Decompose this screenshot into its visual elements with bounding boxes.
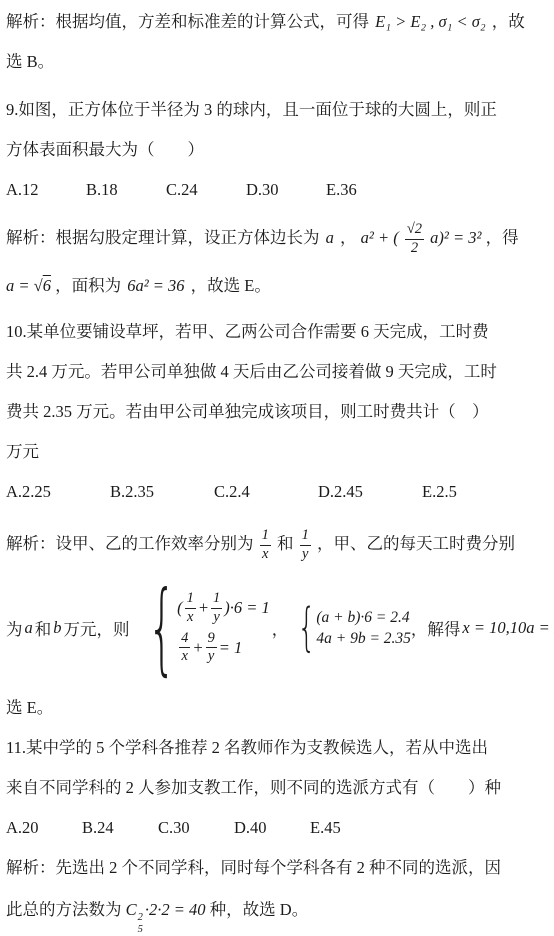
comma: ， — [270, 616, 291, 640]
q8-solution-line-1: 解析：根据均值，方差和标准差的计算公式，可得 E₁ > E₂ , σ₁ < σ₂… — [6, 2, 548, 42]
q10-solution-line-2: 为 a 和 b 万元，则 { ( 1 x + 1 y )·6 = 1 — [6, 572, 548, 684]
q11-options-row: A.20 B.24 C.30 D.40 E.45 — [6, 808, 548, 848]
fraction-denominator: y — [300, 546, 310, 563]
q11-stem-line-1: 11.某中学的 5 个学科各推荐 2 名教师作为支教候选人，若从中选出 — [6, 728, 548, 768]
system-equation-1: (a + b)·6 = 2.4 — [316, 608, 411, 627]
option: B.24 — [82, 808, 158, 848]
equation-left: a² + ( — [361, 228, 399, 247]
fraction-1-over-x: 1 x — [260, 527, 271, 563]
and-text: 和 — [277, 534, 294, 553]
left-brace: { — [298, 602, 316, 654]
q11-solution-line-2: 此总的方法数为 C25·2·2 = 40 种，故选 D。 — [6, 888, 548, 935]
system-equation-2: 4a + 9b = 2.35 — [316, 629, 411, 648]
fraction-numerator: 1 — [260, 527, 271, 545]
option: B.18 — [86, 170, 166, 210]
q9-solution-line-2: a = √6 ，面积为 6a² = 36 ，故选 E。 — [6, 266, 548, 306]
q10-stem-line-4: 万元 — [6, 432, 548, 472]
option: D.40 — [234, 808, 310, 848]
option: A.2.25 — [6, 472, 110, 512]
q9-solution-text-mid: ，面积为 — [55, 276, 121, 295]
option: C.2.4 — [214, 472, 318, 512]
q11-stem-line-2: 来自不同学科的 2 人参加支教工作，则不同的选派方式有（ ）种 — [6, 768, 548, 808]
q11-solution-line-1: 解析：先选出 2 个不同学科，同时每个学科各有 2 种不同的选派，因 — [6, 848, 548, 888]
left-brace: { — [147, 578, 176, 678]
option: E.2.5 — [422, 472, 457, 512]
option: C.30 — [158, 808, 234, 848]
q8-solution-line-2: 选 B。 — [6, 42, 548, 82]
fraction-denominator: x — [260, 546, 270, 563]
q9-stem-line-2: 方体表面积最大为（ ） — [6, 130, 548, 170]
area-equation: 6a² = 36 — [125, 276, 186, 295]
combination-symbol: C — [126, 900, 137, 919]
option: D.30 — [246, 170, 326, 210]
combination-product: ·2·2 = 40 — [145, 900, 206, 919]
and-text: 和 — [35, 616, 52, 640]
solution-result: x = 10,10a = 2.5 — [460, 618, 554, 638]
q10-options-row: A.2.25 B.2.35 C.2.4 D.2.45 E.2.5 — [6, 472, 548, 512]
variable-b: b — [51, 618, 63, 638]
q10-stem-line-3: 费共 2.35 万元。若由甲公司单独完成该项目，则工时费共计（ ） — [6, 392, 548, 432]
option: A.20 — [6, 808, 82, 848]
variable-a: a — [324, 228, 336, 247]
fraction-sqrt2-over-2: √2 2 — [405, 221, 424, 257]
option: D.2.45 — [318, 472, 422, 512]
q9-stem-line-1: 9.如图，正方体位于半径为 3 的球内，且一面位于球的大圆上，则正 — [6, 90, 548, 130]
option: B.2.35 — [110, 472, 214, 512]
option: E.45 — [310, 808, 341, 848]
fraction-4-over-x: 4 x — [179, 630, 190, 666]
q9-solution-line-1: 解析：根据勾股定理计算，设正方体边长为 a ， a² + ( √2 2 a)² … — [6, 210, 548, 266]
variable-a: a — [23, 618, 35, 638]
q8-inequality-formula: E₁ > E₂ , σ₁ < σ₂ — [373, 12, 488, 31]
equation-right: a)² = 3² — [430, 228, 481, 247]
system-equation-1: ( 1 x + 1 y )·6 = 1 — [177, 590, 270, 626]
option: C.24 — [166, 170, 246, 210]
q11-answer-text: 种，故选 D。 — [210, 900, 309, 919]
fraction-numerator: 1 — [300, 527, 311, 545]
fraction-denominator: 2 — [409, 240, 420, 257]
combination-subscript: 5 — [138, 924, 143, 936]
radical-sign: √ — [34, 276, 43, 295]
equation-system-rates: { ( 1 x + 1 y )·6 = 1 — [130, 578, 270, 678]
q9-solution-text-tail: ，得 — [486, 228, 519, 247]
then-text: 万元，则 — [64, 616, 130, 640]
system-equation-2: 4 x + 9 y = 1 — [177, 630, 270, 666]
equation-a-equals: a = — [6, 276, 34, 295]
comma: ， — [340, 228, 357, 247]
combination-indices: 25 — [138, 912, 143, 935]
q10-solution-text: 为 — [6, 616, 23, 640]
fraction-1-over-y: 1 y — [211, 590, 222, 626]
q8-solution-text: 解析：根据均值，方差和标准差的计算公式，可得 — [6, 12, 369, 31]
fraction-1-over-x: 1 x — [185, 590, 196, 626]
q8-solution-text-tail: ，故 — [492, 12, 525, 31]
q10-solution-text: 解析：设甲、乙的工作效率分别为 — [6, 534, 254, 553]
combination-superscript: 2 — [138, 912, 143, 924]
radicand: 6 — [43, 276, 51, 295]
fraction-9-over-y: 9 y — [206, 630, 217, 666]
q10-stem-line-2: 共 2.4 万元。若甲公司单独做 4 天后由乙公司接着做 9 天完成，工时 — [6, 352, 548, 392]
equation-system-costs: { (a + b)·6 = 2.4 4a + 9b = 2.35 — [290, 602, 411, 654]
option: E.36 — [326, 170, 357, 210]
q10-solution-text-tail: ，甲、乙的每天工时费分别 — [317, 534, 515, 553]
q10-answer-line: 选 E。 — [6, 688, 548, 728]
q9-solution-text: 解析：根据勾股定理计算，设正方体边长为 — [6, 228, 320, 247]
option: A.12 — [6, 170, 86, 210]
fraction-1-over-y: 1 y — [300, 527, 311, 563]
q10-solution-line-1: 解析：设甲、乙的工作效率分别为 1 x 和 1 y ，甲、乙的每天工时费分别 — [6, 516, 548, 572]
q9-options-row: A.12 B.18 C.24 D.30 E.36 — [6, 170, 548, 210]
document-page: 解析：根据均值，方差和标准差的计算公式，可得 E₁ > E₂ , σ₁ < σ₂… — [0, 0, 554, 936]
fraction-numerator: √2 — [405, 221, 424, 239]
solve-text: ，解得 — [411, 616, 461, 640]
q9-answer-text: ，故选 E。 — [191, 276, 271, 295]
q10-stem-line-1: 10.某单位要铺设草坪，若甲、乙两公司合作需要 6 天完成，工时费 — [6, 312, 548, 352]
q11-solution-text: 此总的方法数为 — [6, 900, 122, 919]
